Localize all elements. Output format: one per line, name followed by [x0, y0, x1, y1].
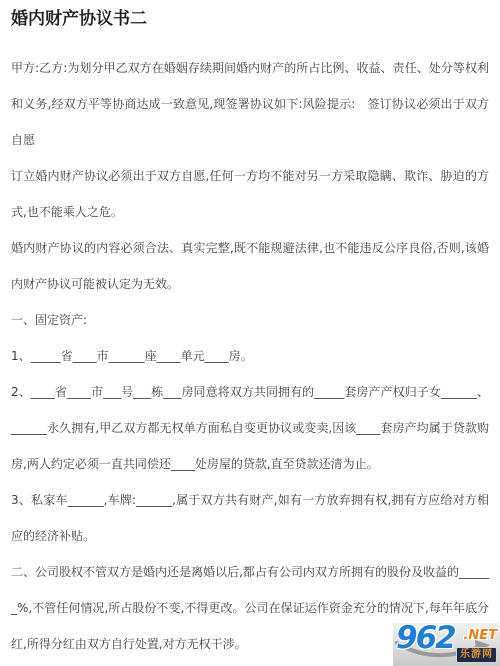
- clause-2-property-ownership: 2、____省____市___号___栋___房同意将双方共同拥有的_____套…: [11, 374, 489, 482]
- clause-3-private-car: 3、私家车______,车牌:______,属于双方共有财产,如有一方放弃拥有权…: [11, 482, 489, 554]
- document-title: 婚内财产协议书二: [11, 7, 489, 31]
- agreement-document: 婚内财产协议书二 甲方:乙方:为划分甲乙双方在婚姻存续期间婚内财产的所占比例、收…: [0, 0, 500, 662]
- clause-1-house: 1、_____省____市______座____单元____房。: [11, 338, 489, 374]
- document-page: { "page": { "background_color": "#ffffff…: [0, 0, 500, 666]
- section-heading-fixed-assets: 一、固定资产:: [11, 302, 489, 338]
- paragraph-parties-purpose: 甲方:乙方:为划分甲乙双方在婚姻存续期间婚内财产的所占比例、收益、责任、处分等权…: [11, 50, 489, 158]
- watermark-962-text: 962: [396, 623, 455, 656]
- watermark-site-name: 乐游网: [456, 647, 497, 663]
- paragraph-legality: 婚内财产协议的内容必须合法、真实完整,既不能规避法律,也不能违反公序良俗,否则,…: [11, 230, 489, 302]
- document-body: 甲方:乙方:为划分甲乙双方在婚姻存续期间婚内财产的所占比例、收益、责任、处分等权…: [11, 50, 489, 662]
- paragraph-voluntariness: 订立婚内财产协议必须出于双方自愿,任何一方均不能对另一方采取隐瞒、欺诈、胁迫的方…: [11, 158, 489, 230]
- 962net-watermark-logo: 962 .NET 乐游网: [393, 623, 500, 666]
- watermark-net-text: .NET: [463, 628, 497, 643]
